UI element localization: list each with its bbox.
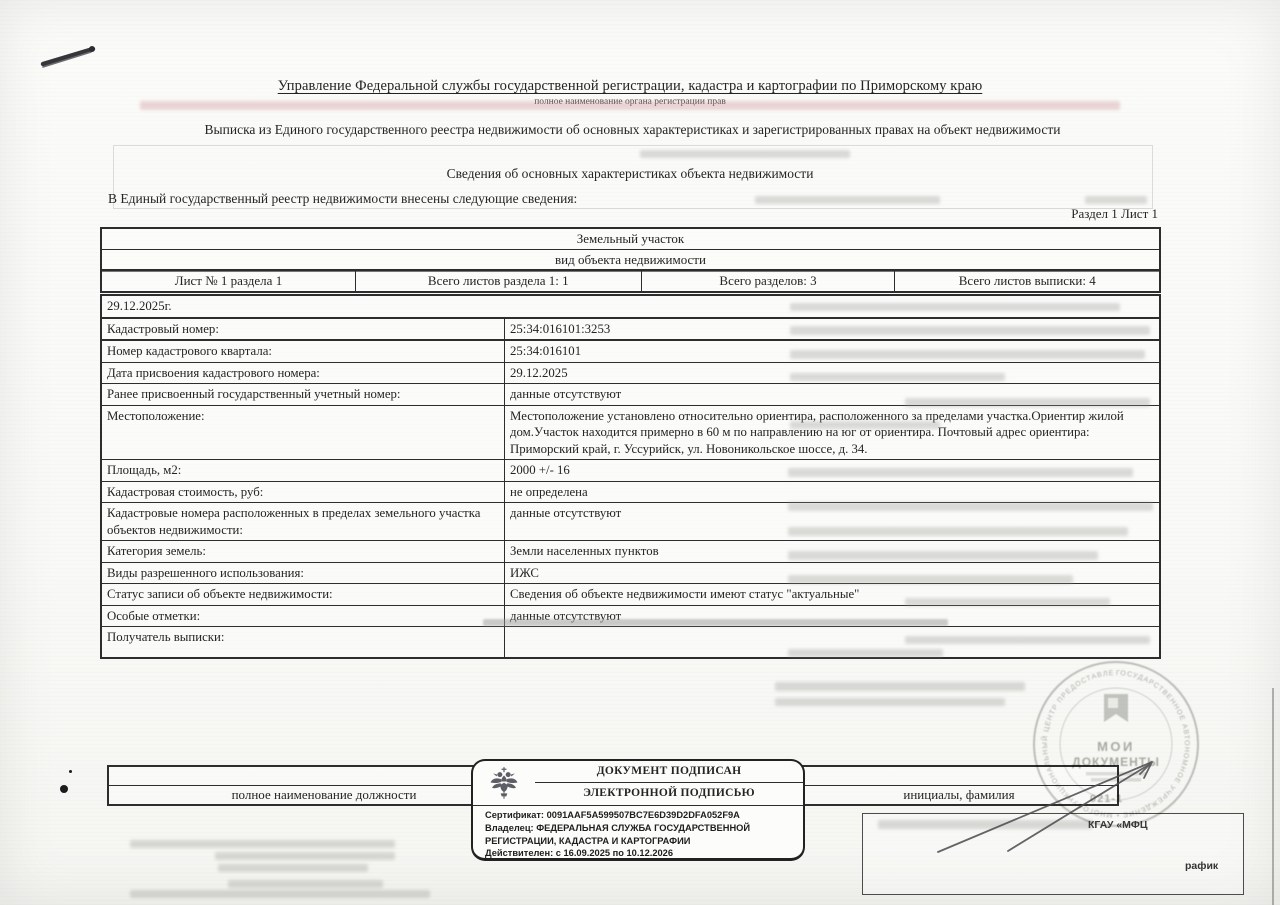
scan-edge <box>1272 688 1274 905</box>
sheets-summary-row: Лист № 1 раздела 1 Всего листов раздела … <box>100 269 1161 293</box>
row-label: Виды разрешенного использования: <box>102 563 505 584</box>
section-sheet-label: Раздел 1 Лист 1 <box>960 206 1158 222</box>
ink-dot <box>69 770 72 773</box>
extract-date: 29.12.2025г. <box>102 296 1159 317</box>
row-value: Земли населенных пунктов <box>505 541 1159 562</box>
row-label: Получатель выписки: <box>102 627 505 657</box>
row-value: данные отсутствуют <box>505 606 1159 627</box>
document-title: Выписка из Единого государственного реес… <box>95 122 1170 138</box>
details-table: 29.12.2025г. Кадастровый номер: 25:34:01… <box>100 294 1161 659</box>
row-label: Дата присвоения кадастрового номера: <box>102 363 505 384</box>
authority-caption: полное наименование органа регистрации п… <box>110 97 1150 107</box>
bleed-through <box>640 150 850 158</box>
row-value: 2000 +/- 16 <box>505 460 1159 481</box>
bleed-through <box>130 890 430 898</box>
sheet-cell: Всего листов раздела 1: 1 <box>356 271 642 291</box>
esign-title-line2: ЭЛЕКТРОННОЙ ПОДПИСЬЮ <box>535 783 803 804</box>
validity-line: Действителен: с 16.09.2025 по 10.12.2026 <box>485 847 797 860</box>
table-row: Особые отметки: данные отсутствуют <box>102 606 1159 628</box>
table-row: Получатель выписки: <box>102 627 1159 657</box>
esign-certificate-block: Сертификат: 0091AAF5A599507BC7E6D39D2DFA… <box>473 806 803 860</box>
row-label: Ранее присвоенный государственный учетны… <box>102 384 505 405</box>
section-title: Сведения об основных характеристиках объ… <box>110 166 1150 182</box>
row-value <box>505 627 1159 657</box>
owner-line: РЕГИСТРАЦИИ, КАДАСТРА И КАРТОГРАФИИ <box>485 835 797 848</box>
row-label: Кадастровые номера расположенных в преде… <box>102 503 505 540</box>
table-row: Дата присвоения кадастрового номера: 29.… <box>102 363 1159 385</box>
row-label: Кадастровый номер: <box>102 319 505 340</box>
object-type-table: Земельный участок вид объекта недвижимос… <box>100 227 1161 272</box>
table-row: Номер кадастрового квартала: 25:34:01610… <box>102 341 1159 363</box>
table-row: Статус записи об объекте недвижимости: С… <box>102 584 1159 606</box>
table-row: Местоположение: Местоположение установле… <box>102 406 1159 461</box>
bleed-through <box>218 864 368 872</box>
table-row: Кадастровый номер: 25:34:016101:3253 <box>102 319 1159 342</box>
row-label: Категория земель: <box>102 541 505 562</box>
coat-of-arms-icon <box>473 761 535 805</box>
row-label: Статус записи об объекте недвижимости: <box>102 584 505 605</box>
certificate-line: Сертификат: 0091AAF5A599507BC7E6D39D2DFA… <box>485 809 797 822</box>
sheet-cell: Всего разделов: 3 <box>642 271 896 291</box>
row-value: данные отсутствуют <box>505 384 1159 405</box>
intro-line: В Единый государственный реестр недвижим… <box>108 191 577 207</box>
bleed-through <box>130 840 395 848</box>
pen-signature <box>900 740 1190 870</box>
mfc-logo-icon <box>1104 694 1128 722</box>
object-type-caption: вид объекта недвижимости <box>102 250 1159 270</box>
row-label: Местоположение: <box>102 406 505 460</box>
position-caption: полное наименование должности <box>139 787 509 803</box>
row-label: Номер кадастрового квартала: <box>102 341 505 362</box>
scanned-egrn-extract-page: Управление Федеральной службы государств… <box>0 0 1280 905</box>
pen-mark <box>35 38 115 73</box>
table-row: Кадастровые номера расположенных в преде… <box>102 503 1159 541</box>
esign-title-line1: ДОКУМЕНТ ПОДПИСАН <box>535 761 803 783</box>
bleed-through <box>1085 196 1147 204</box>
row-value: не определена <box>505 482 1159 503</box>
esign-stamp: ДОКУМЕНТ ПОДПИСАН ЭЛЕКТРОННОЙ ПОДПИСЬЮ С… <box>471 759 805 861</box>
row-value: 25:34:016101:3253 <box>505 319 1159 340</box>
bleed-through <box>775 682 1025 691</box>
row-value: 29.12.2025 <box>505 363 1159 384</box>
table-row: Ранее присвоенный государственный учетны… <box>102 384 1159 406</box>
row-label: Площадь, м2: <box>102 460 505 481</box>
table-row: 29.12.2025г. <box>102 296 1159 319</box>
row-value: 25:34:016101 <box>505 341 1159 362</box>
object-type-value: Земельный участок <box>102 229 1159 250</box>
table-row: Площадь, м2: 2000 +/- 16 <box>102 460 1159 482</box>
bleed-through <box>215 852 395 860</box>
row-label: Кадастровая стоимость, руб: <box>102 482 505 503</box>
authority-title: Управление Федеральной службы государств… <box>110 78 1150 95</box>
ink-dot <box>60 785 68 793</box>
row-value: Сведения об объекте недвижимости имеют с… <box>505 584 1159 605</box>
esign-titles: ДОКУМЕНТ ПОДПИСАН ЭЛЕКТРОННОЙ ПОДПИСЬЮ <box>535 761 803 805</box>
table-row: Категория земель: Земли населенных пункт… <box>102 541 1159 563</box>
bleed-through <box>775 698 1005 706</box>
bleed-through <box>755 196 940 204</box>
sheet-cell: Лист № 1 раздела 1 <box>102 271 356 291</box>
owner-line: Владелец: ФЕДЕРАЛЬНАЯ СЛУЖБА ГОСУДАРСТВЕ… <box>485 822 797 835</box>
row-label: Особые отметки: <box>102 606 505 627</box>
sheet-cell: Всего листов выписки: 4 <box>895 271 1159 291</box>
row-value: ИЖС <box>505 563 1159 584</box>
row-value: данные отсутствуют <box>505 503 1159 540</box>
bleed-through <box>228 880 383 888</box>
esign-stamp-header: ДОКУМЕНТ ПОДПИСАН ЭЛЕКТРОННОЙ ПОДПИСЬЮ <box>473 761 803 806</box>
row-value: Местоположение установлено относительно … <box>505 406 1159 460</box>
table-row: Виды разрешенного использования: ИЖС <box>102 563 1159 585</box>
table-row: Кадастровая стоимость, руб: не определен… <box>102 482 1159 504</box>
